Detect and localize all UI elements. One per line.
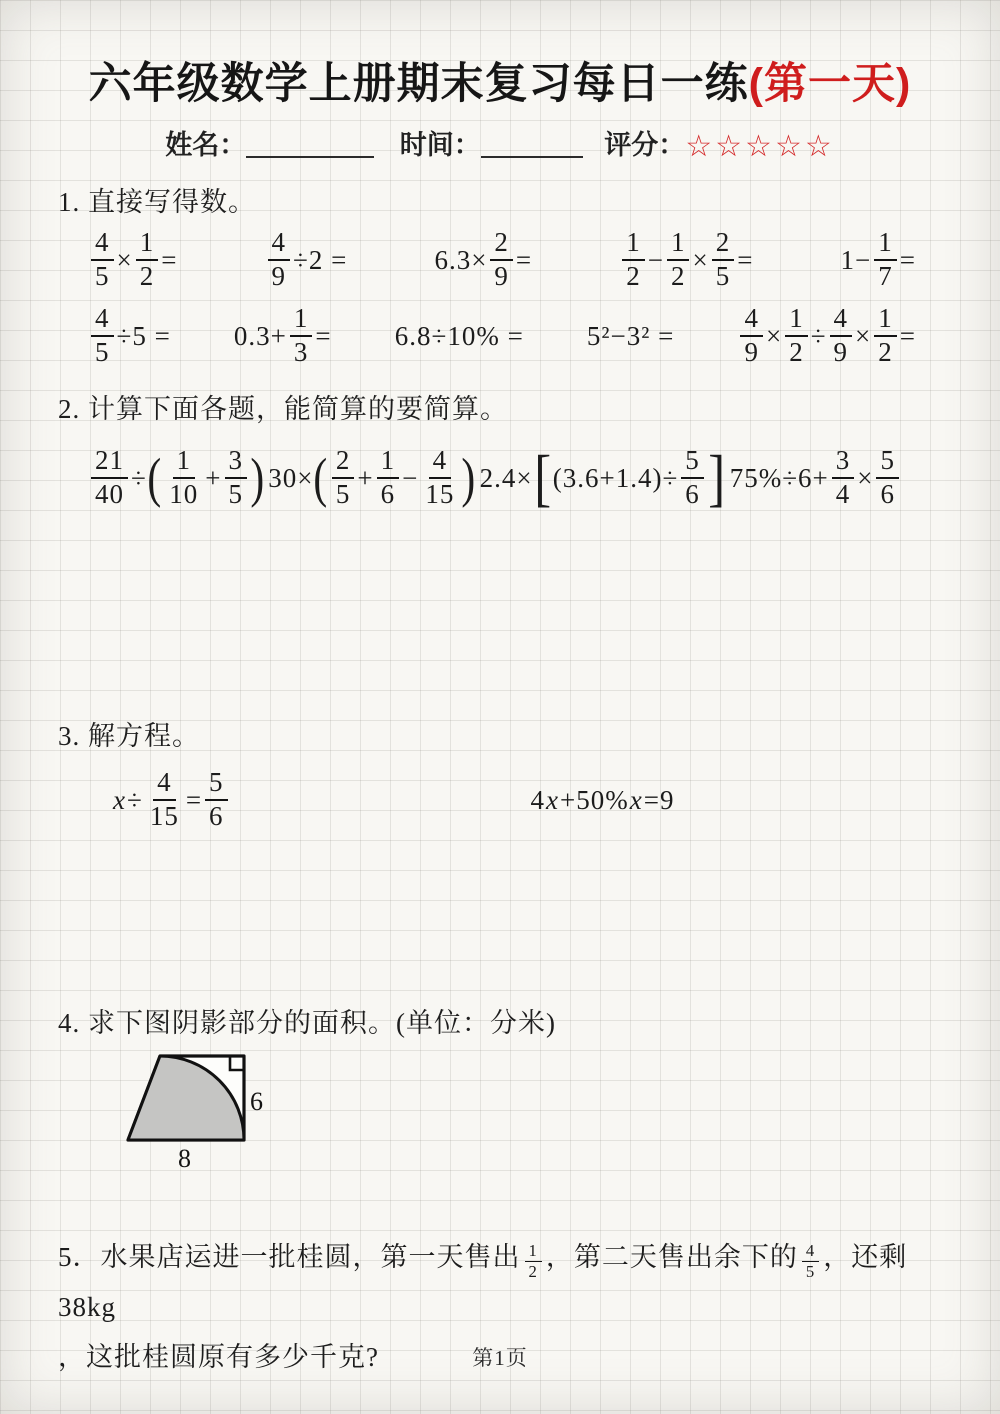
math-expression: 6.3×29 = [434,228,532,291]
geometry-figure: 6 8 [122,1048,1000,1177]
math-expression: 45×12 = [88,228,177,291]
math-expression: 1−17 = [841,228,916,291]
math-expression: 30×(25+16−415) [268,446,477,509]
math-expression: 0.3+13 = [234,304,332,367]
problem-4-heading: 4. 求下图阴影部分的面积。(单位：分米) [58,1001,1000,1040]
math-expression: 12−12×25 = [619,228,753,291]
problem-3-row: x÷415=56 4x+50%x=9 [112,763,1000,837]
problem-2-row: 2140÷(110+35) 30×(25+16−415) 2.4×[(3.6+1… [88,434,902,522]
name-blank-line [246,131,374,158]
worksheet-page: 六年级数学上册期末复习每日一练(第一天) 姓名： 时间： 评分：☆☆☆☆☆ 1.… [0,0,1000,1414]
math-expression: 49÷2 = [265,228,348,291]
problem-2-heading: 2. 计算下面各题，能简算的要简算。 [58,387,1000,426]
math-expression: 45÷5 = [88,304,171,367]
problem-5-line-1: 5．水果店运进一批桂圆，第一天售出12，第二天售出余下的45，还剩 38kg [58,1242,907,1322]
page-title-main: 六年级数学上册期末复习每日一练 [89,60,749,108]
math-expression: 4x+50%x=9 [531,785,675,816]
time-blank-line [481,131,583,158]
math-expression: 6.8÷10% = [395,321,524,352]
workspace-blank-area [0,522,1000,698]
math-expression: 75%÷6+34×56 [730,446,902,509]
math-expression: x÷415=56 [112,768,231,831]
problem-1-heading: 1. 直接写得数。 [58,180,1000,219]
score-label: 评分： [604,130,685,160]
page-number: 第1页 [0,1342,1000,1372]
problem-1-row-2: 45÷5 = 0.3+13 = 6.8÷10% = 5²−3² = 49×12÷… [88,301,916,371]
header-meta-row: 姓名： 时间： 评分：☆☆☆☆☆ [0,123,1000,164]
page-title-day: (第一天) [749,60,912,108]
time-label: 时间： [400,130,481,160]
name-label: 姓名： [165,130,246,160]
workspace-blank-area [0,837,1000,985]
height-dimension-label: 6 [250,1087,263,1116]
math-expression: 2140÷(110+35) [88,446,265,509]
shaded-area-figure: 6 8 [122,1048,280,1172]
workspace-blank-area [0,1177,1000,1233]
page-title: 六年级数学上册期末复习每日一练(第一天) [0,50,1000,111]
math-expression: 2.4×[(3.6+1.4)÷56] [480,446,727,509]
base-dimension-label: 8 [178,1144,191,1172]
rating-stars-icon: ☆☆☆☆☆ [685,129,834,164]
problem-1-row-1: 45×12 = 49÷2 = 6.3×29 = 12−12×25 = 1−17 … [88,225,916,295]
problem-3-heading: 3. 解方程。 [58,714,1000,753]
math-expression: 5²−3² = [587,321,674,352]
math-expression: 49×12÷49×12 = [737,304,916,367]
